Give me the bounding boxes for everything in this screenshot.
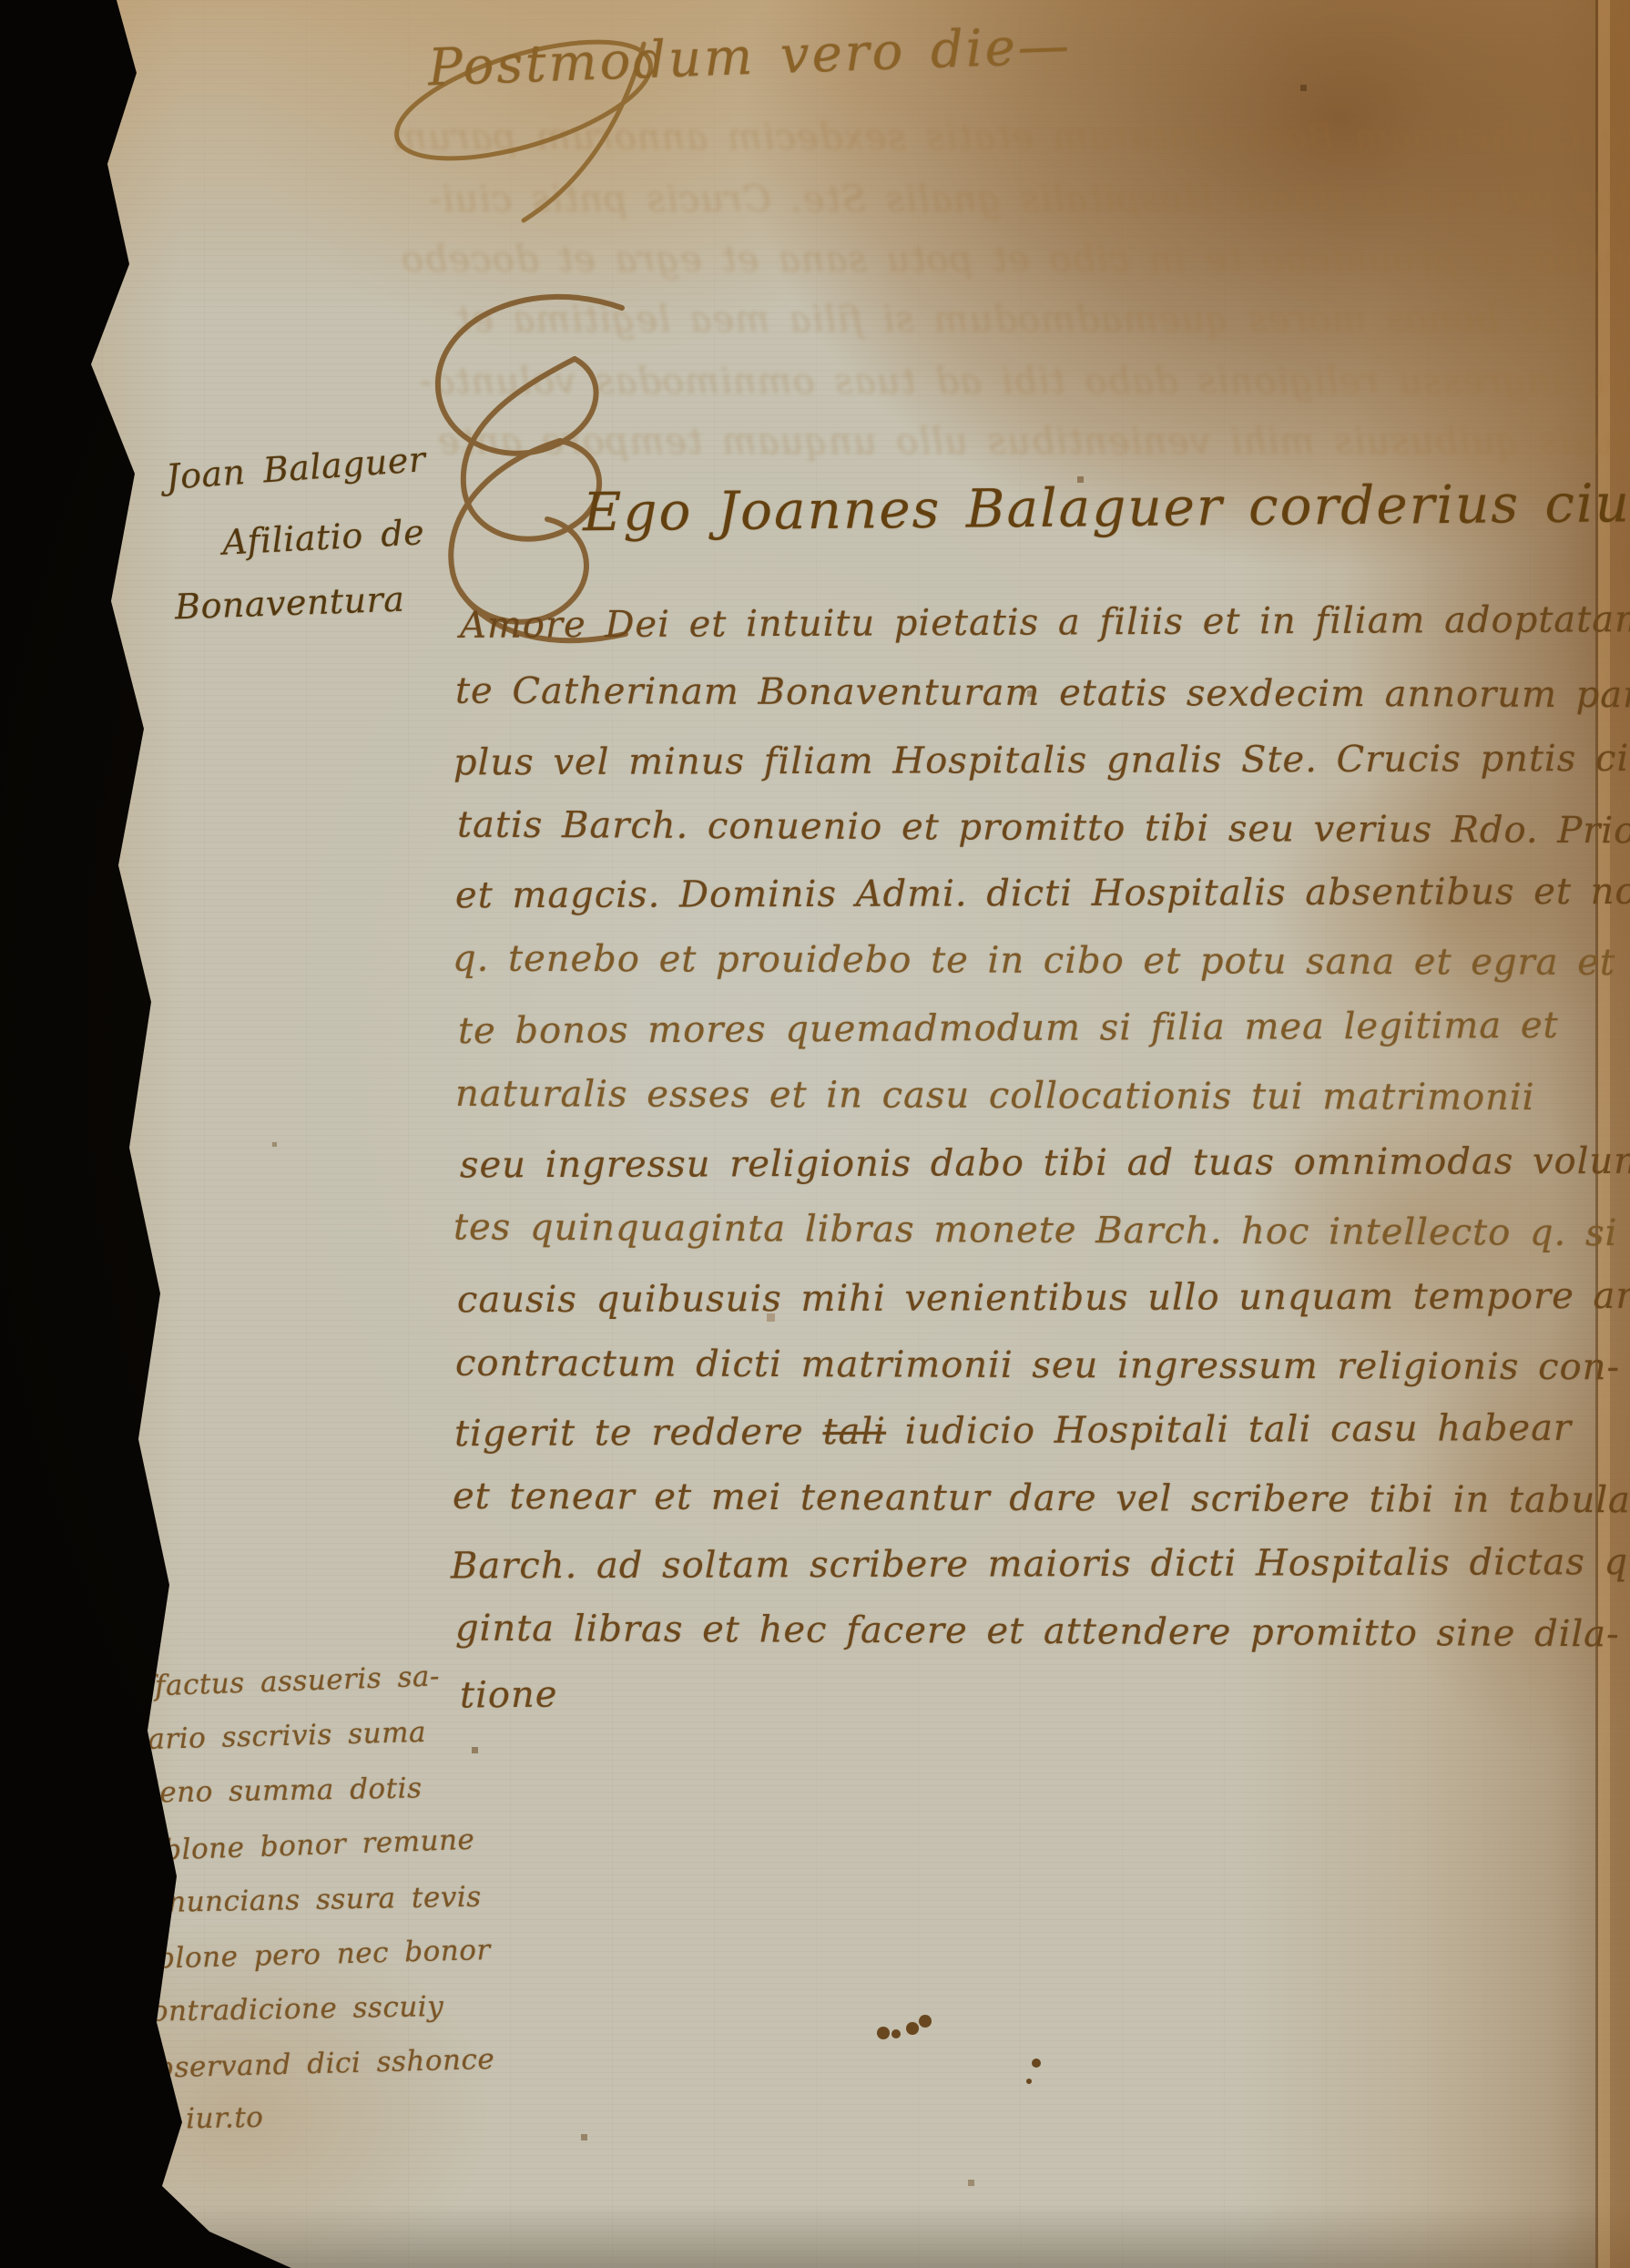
bleed-through-line: q. tenebo et prouidebo te in cibo et pot… bbox=[401, 239, 1630, 281]
body-line-opening: Ego Joannes Balaguer corderius ciuis Bar… bbox=[583, 470, 1630, 544]
body-line: ginta libras et hec facere et attendere … bbox=[455, 1608, 1620, 1656]
margin-note-line: deno summa dotis bbox=[141, 1772, 423, 1809]
body-line: naturalis esses et in casu collocationis… bbox=[455, 1073, 1535, 1119]
body-line: q. tenebo et prouidebo te in cibo et pot… bbox=[453, 937, 1630, 984]
body-line: et magcis. Dominis Admi. dicti Hospitali… bbox=[455, 871, 1630, 917]
margin-note-line: observand dici sshonce bbox=[138, 2043, 495, 2085]
margin-note-line: et iur.to bbox=[141, 2101, 264, 2136]
body-line: te bonos mores quemadmodum si filia mea … bbox=[458, 1005, 1559, 1052]
body-line: seu ingressu religionis dabo tibi ad tua… bbox=[460, 1140, 1630, 1187]
margin-note-line: oblone pero nec bonor bbox=[139, 1934, 492, 1976]
margin-note-line: oblone bonor remune bbox=[145, 1824, 474, 1868]
photo-background: te Catherinam Bonaventuram etatis sexdec… bbox=[0, 0, 1630, 2268]
margin-note-line: renuncians ssura tevis bbox=[137, 1881, 482, 1920]
paraph-flourish bbox=[405, 290, 651, 654]
margin-note-surname: Bonaventura bbox=[174, 579, 405, 628]
body-line: causis quibusuis mihi venientibus ullo u… bbox=[457, 1275, 1630, 1322]
margin-note-line: lario sscrivis suma bbox=[138, 1716, 427, 1756]
margin-note-line: contradicione sscuiy bbox=[135, 1990, 444, 2028]
body-line: tes quinquaginta libras monete Barch. ho… bbox=[453, 1206, 1630, 1254]
margin-note-filiation: Afiliatio de bbox=[221, 512, 425, 563]
body-line: Barch. ad soltam scribere maioris dicti … bbox=[451, 1540, 1630, 1587]
body-line: et tenear et mei teneantur dare vel scri… bbox=[453, 1476, 1630, 1522]
body-line-post: iudicio Hospitali tali casu habear bbox=[886, 1407, 1572, 1453]
margin-note-name: Joan Balaguer bbox=[165, 439, 427, 497]
paper-specks bbox=[0, 0, 3, 3]
struck-word: tali bbox=[822, 1411, 886, 1453]
body-line-with-strikeout: tigerit te reddere tali iudicio Hospital… bbox=[454, 1407, 1572, 1455]
manuscript-page: te Catherinam Bonaventuram etatis sexdec… bbox=[0, 0, 1630, 2268]
body-line: contractum dicti matrimonii seu ingressu… bbox=[455, 1343, 1620, 1388]
fore-edge-of-underlying-page bbox=[1595, 0, 1630, 2268]
body-line: plus vel minus filiam Hospitalis gnalis … bbox=[453, 738, 1630, 784]
body-line-pre: tigerit te reddere bbox=[454, 1411, 823, 1455]
body-line: tatis Barch. conuenio et promitto tibi s… bbox=[457, 804, 1630, 853]
margin-note-line: ffactus assueris sa- bbox=[143, 1660, 440, 1702]
body-line: Amore Dei et intuitu pietatis a filiis e… bbox=[460, 598, 1630, 647]
body-line: te Catherinam Bonaventuram etatis sexdec… bbox=[455, 670, 1630, 717]
body-line-last: tione bbox=[460, 1674, 558, 1717]
ink-dots bbox=[856, 1995, 1075, 2104]
